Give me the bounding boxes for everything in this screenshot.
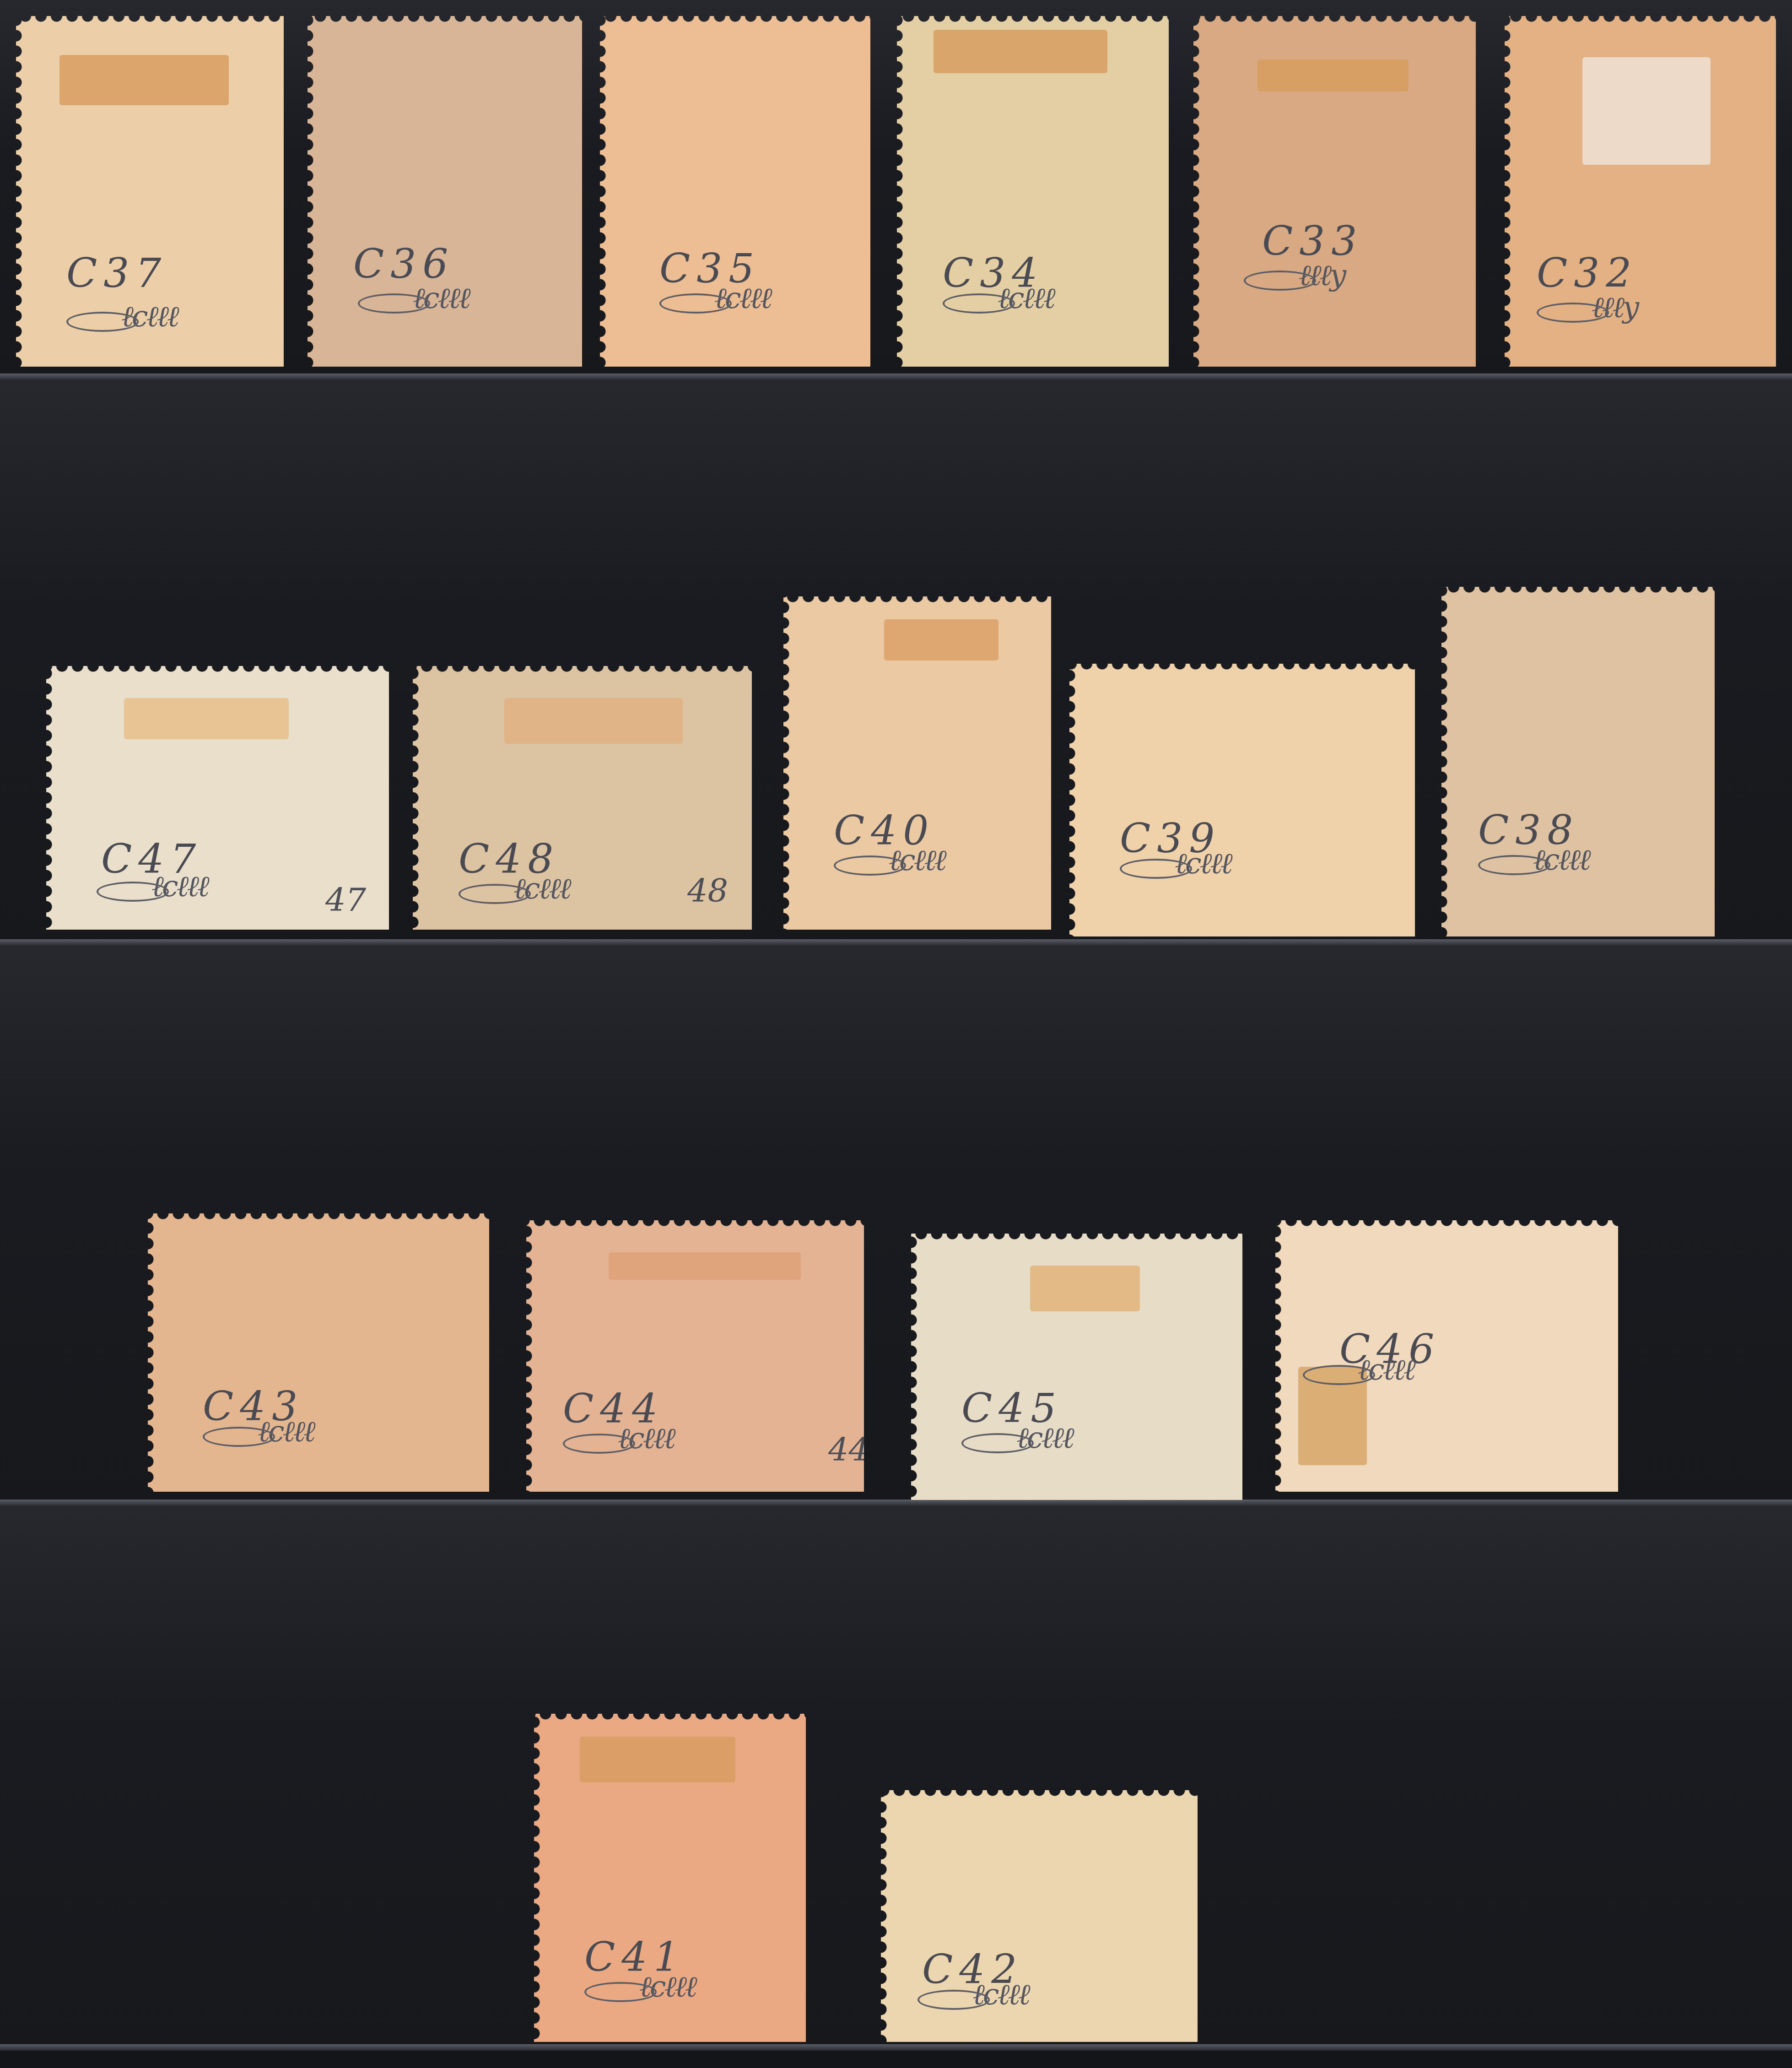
- expert-signature: ℓcℓℓℓ: [714, 282, 770, 315]
- expert-signature: ℓcℓℓℓ: [1358, 1353, 1414, 1387]
- expert-signature: ℓcℓℓℓ: [513, 872, 569, 906]
- stamp-c41[interactable]: C41 ℓcℓℓℓ: [534, 1714, 806, 2042]
- expert-signature: ℓcℓℓℓ: [1175, 847, 1231, 881]
- pencil-number: 47: [325, 881, 366, 919]
- expert-signature: ℓcℓℓℓ: [258, 1415, 313, 1449]
- stamp-c47[interactable]: C47 ℓcℓℓℓ 47: [46, 666, 389, 930]
- expert-signature: ℓℓℓy: [1299, 259, 1344, 292]
- expert-signature: ℓcℓℓℓ: [889, 844, 945, 877]
- expert-signature: ℓcℓℓℓ: [121, 300, 177, 334]
- expert-signature: ℓcℓℓℓ: [972, 1978, 1028, 2012]
- hinge-remnant: [504, 698, 683, 744]
- expert-signature: ℓcℓℓℓ: [1016, 1421, 1072, 1455]
- expert-signature: ℓcℓℓℓ: [998, 282, 1053, 315]
- expert-signature: ℓcℓℓℓ: [1533, 843, 1589, 877]
- pencil-number: 48: [687, 872, 728, 909]
- stamp-c43[interactable]: C43 ℓcℓℓℓ: [148, 1213, 489, 1492]
- stamp-c37[interactable]: C37 ℓcℓℓℓ: [16, 16, 284, 367]
- stamp-c32[interactable]: C32 ℓℓℓy: [1505, 16, 1776, 367]
- stamp-c48[interactable]: C48 ℓcℓℓℓ 48: [413, 666, 752, 930]
- stamp-c38[interactable]: C38 ℓcℓℓℓ: [1441, 587, 1715, 937]
- hinge-remnant: [1258, 60, 1409, 92]
- stamp-c44[interactable]: C44 ℓcℓℓℓ 44: [526, 1220, 864, 1492]
- hinge-remnant: [59, 55, 229, 105]
- expert-signature: ℓcℓℓℓ: [413, 282, 469, 315]
- hinge-remnant: [580, 1737, 735, 1782]
- stamp-c35[interactable]: C35 ℓcℓℓℓ: [600, 16, 870, 367]
- expert-signature: ℓcℓℓℓ: [618, 1422, 674, 1456]
- pencil-number: 44: [828, 1431, 869, 1468]
- stamp-c42[interactable]: C42 ℓcℓℓℓ: [881, 1790, 1198, 2042]
- stamp-c46[interactable]: C46 ℓcℓℓℓ: [1275, 1220, 1618, 1492]
- stamp-c33[interactable]: C33 ℓℓℓy: [1193, 16, 1476, 367]
- hinge-remnant: [124, 698, 289, 739]
- hinge-remnant: [1582, 57, 1711, 165]
- catalog-number: C33: [1262, 217, 1363, 265]
- hinge-remnant: [609, 1252, 801, 1280]
- stamp-c45[interactable]: C45 ℓcℓℓℓ: [911, 1234, 1242, 1500]
- expert-signature: ℓℓℓy: [1592, 291, 1637, 325]
- strip-divider: [0, 939, 1792, 946]
- stamp-c36[interactable]: C36 ℓcℓℓℓ: [308, 16, 582, 367]
- stamp-c39[interactable]: C39 ℓcℓℓℓ: [1069, 664, 1415, 937]
- strip-divider: [0, 374, 1792, 380]
- expert-signature: ℓcℓℓℓ: [151, 870, 207, 904]
- stamp-c40[interactable]: C40 ℓcℓℓℓ: [783, 596, 1051, 930]
- stamp-c34[interactable]: C34 ℓcℓℓℓ: [897, 16, 1169, 367]
- strip-divider: [0, 1500, 1792, 1506]
- catalog-number: C32: [1537, 249, 1638, 297]
- hinge-remnant: [1030, 1266, 1140, 1311]
- strip-divider: [0, 2044, 1792, 2051]
- expert-signature: ℓcℓℓℓ: [639, 1970, 695, 2004]
- catalog-number: C36: [353, 240, 454, 287]
- catalog-number: C37: [66, 249, 167, 297]
- hinge-remnant: [934, 30, 1107, 73]
- hinge-remnant: [884, 619, 999, 660]
